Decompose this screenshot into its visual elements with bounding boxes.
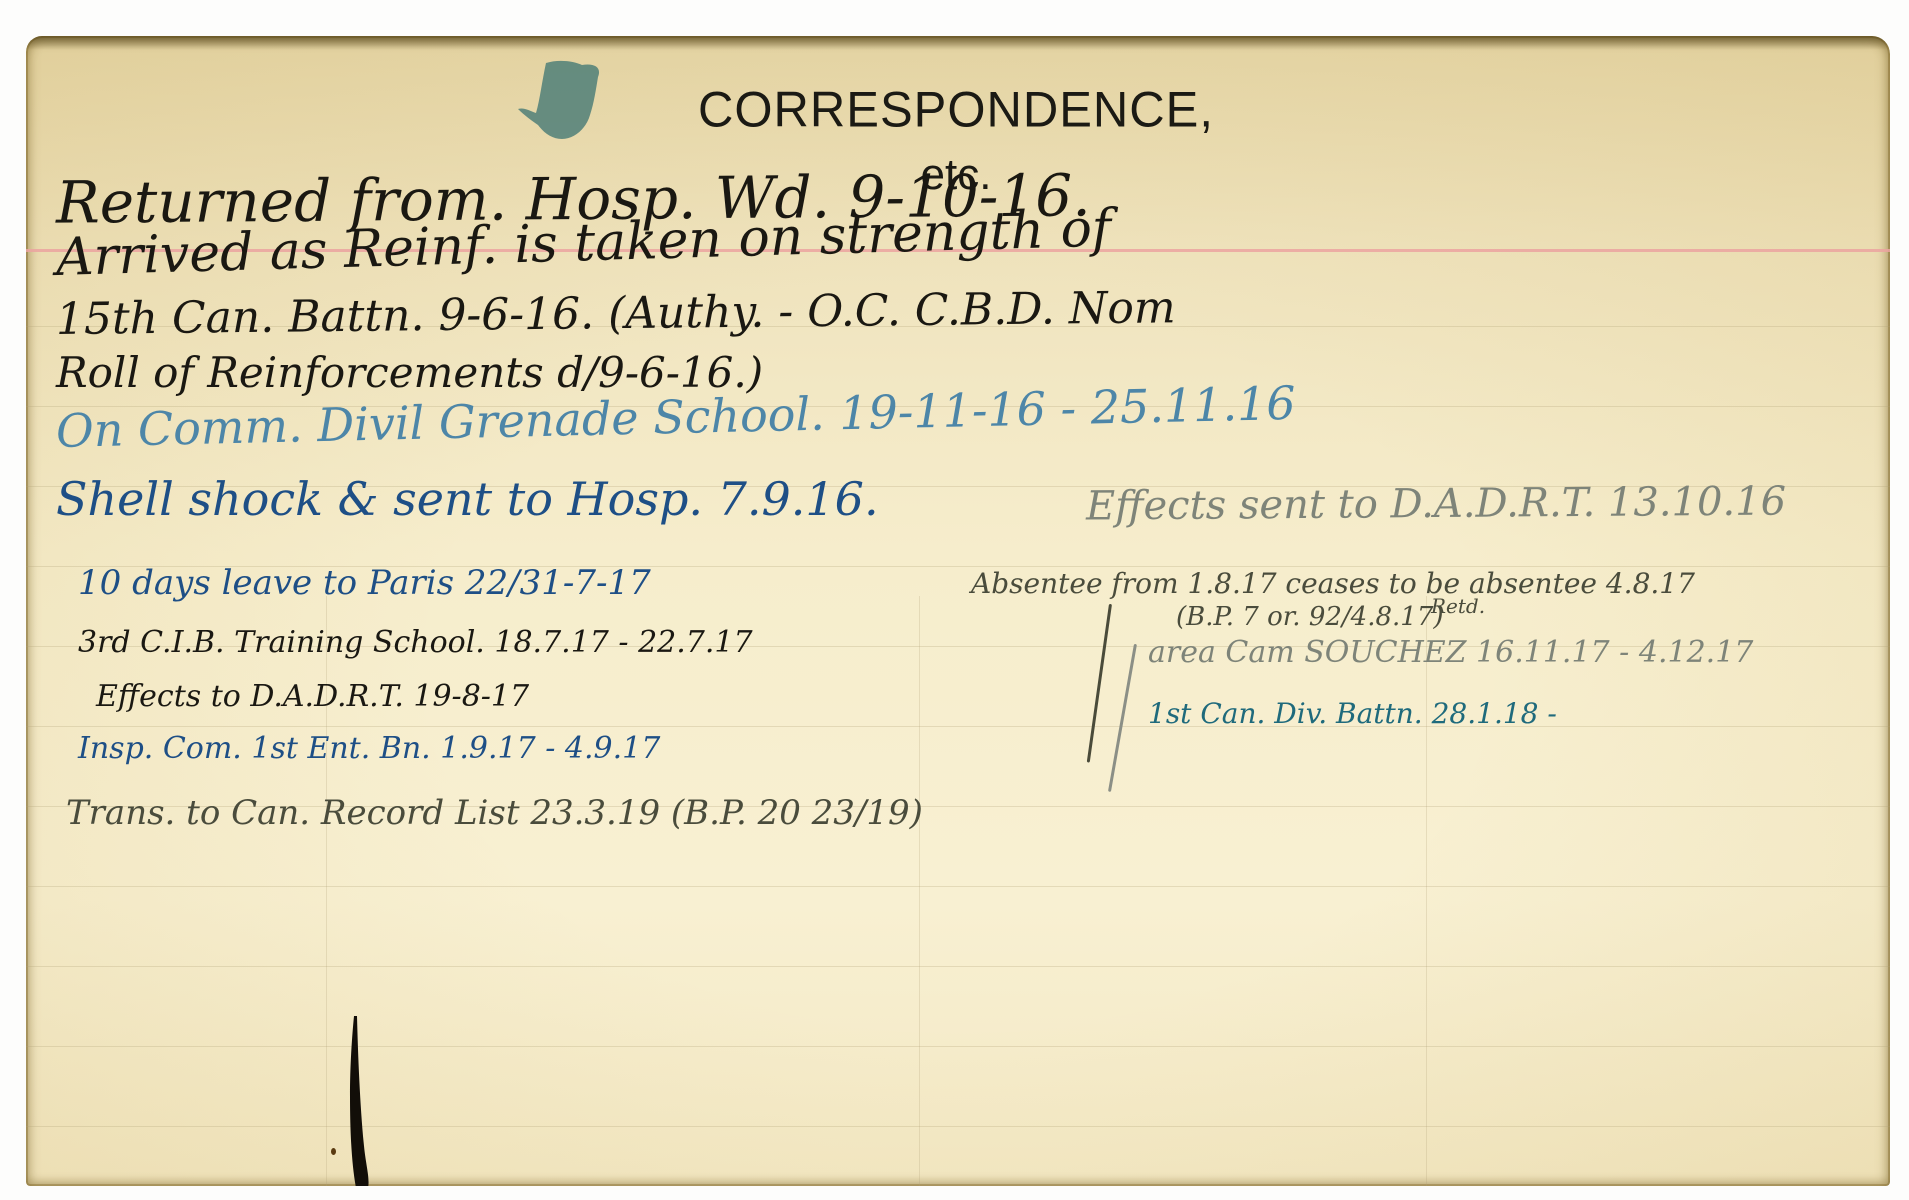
entry-shellshock: Shell shock & sent to Hosp. 7.9.16. [56,476,879,522]
entry-effects-to: Effects to D.A.D.R.T. 19-8-17 [96,682,529,712]
card-heading: CORRESPONDENCE, [636,81,1276,138]
ruled-line [26,726,1890,727]
entry-absentee: Absentee from 1.8.17 ceases to be absent… [971,570,1695,598]
entry-training-school: 3rd C.I.B. Training School. 18.7.17 - 22… [78,628,753,658]
ink-speck [331,1148,336,1155]
entry-retd: Retd. [1431,596,1485,616]
entry-area-souchez: area Cam SOUCHEZ 16.11.17 - 4.12.17 [1148,638,1753,668]
entry-insp-com: Insp. Com. 1st Ent. Bn. 1.9.17 - 4.9.17 [78,734,660,764]
entry-bp-order: (B.P. 7 or. 92/4.8.17) [1176,604,1444,630]
ink-stroke-mark [342,1016,372,1186]
bracket-stroke [1108,644,1137,792]
ruled-line [26,966,1890,967]
entry-leave: 10 days leave to Paris 22/31-7-17 [78,566,651,600]
entry-effects-sent: Effects sent to D.A.D.R.T. 13.10.16 [1086,482,1786,527]
vertical-rule [919,596,920,1186]
ruled-line [26,1126,1890,1127]
entry-roll: Roll of Reinforcements d/9-6-16.) [56,352,763,394]
vertical-rule [1426,596,1427,1186]
ruled-line [26,1046,1890,1047]
correspondence-card: CORRESPONDENCE, etc. Returned from. Hosp… [26,36,1890,1186]
entry-trans-record: Trans. to Can. Record List 23.3.19 (B.P.… [66,796,923,830]
ink-blot-icon [516,59,611,141]
entry-battn: 15th Can. Battn. 9-6-16. (Authy. - O.C. … [56,286,1176,342]
entry-division: 1st Can. Div. Battn. 28.1.18 - [1148,700,1557,728]
bracket-stroke [1087,604,1112,763]
ruled-line [26,886,1890,887]
